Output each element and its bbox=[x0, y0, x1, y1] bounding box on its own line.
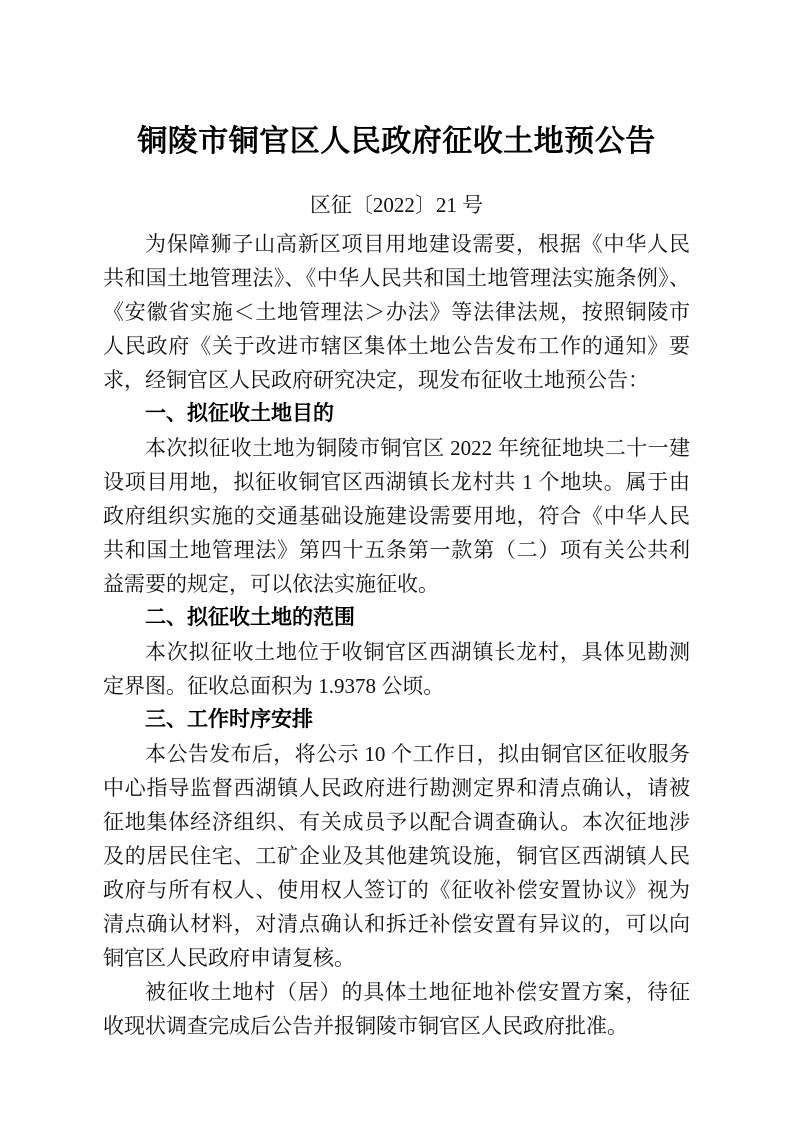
intro-paragraph: 为保障狮子山高新区项目用地建设需要，根据《中华人民共和国土地管理法》、《中华人民… bbox=[103, 227, 690, 397]
section-2-heading: 二、拟征收土地的范围 bbox=[103, 601, 690, 635]
document-number: 区征〔2022〕21 号 bbox=[103, 188, 690, 222]
section-3-paragraph-2: 被征收土地村（居）的具体土地征地补偿安置方案，待征收现状调查完成后公告并报铜陵市… bbox=[103, 975, 690, 1043]
section-2-paragraph-1: 本次拟征收土地位于收铜官区西湖镇长龙村，具体见勘测定界图。征收总面积为 1.93… bbox=[103, 635, 690, 703]
section-1-paragraph-1: 本次拟征收土地为铜陵市铜官区 2022 年统征地块二十一建设项目用地，拟征收铜官… bbox=[103, 431, 690, 601]
page-title: 铜陵市铜官区人民政府征收土地预公告 bbox=[103, 121, 690, 163]
section-1-heading: 一、拟征收土地目的 bbox=[103, 397, 690, 431]
document-page: 铜陵市铜官区人民政府征收土地预公告 区征〔2022〕21 号 为保障狮子山高新区… bbox=[0, 0, 793, 1122]
section-3-heading: 三、工作时序安排 bbox=[103, 703, 690, 737]
section-3-paragraph-1: 本公告发布后，将公示 10 个工作日，拟由铜官区征收服务中心指导监督西湖镇人民政… bbox=[103, 737, 690, 975]
